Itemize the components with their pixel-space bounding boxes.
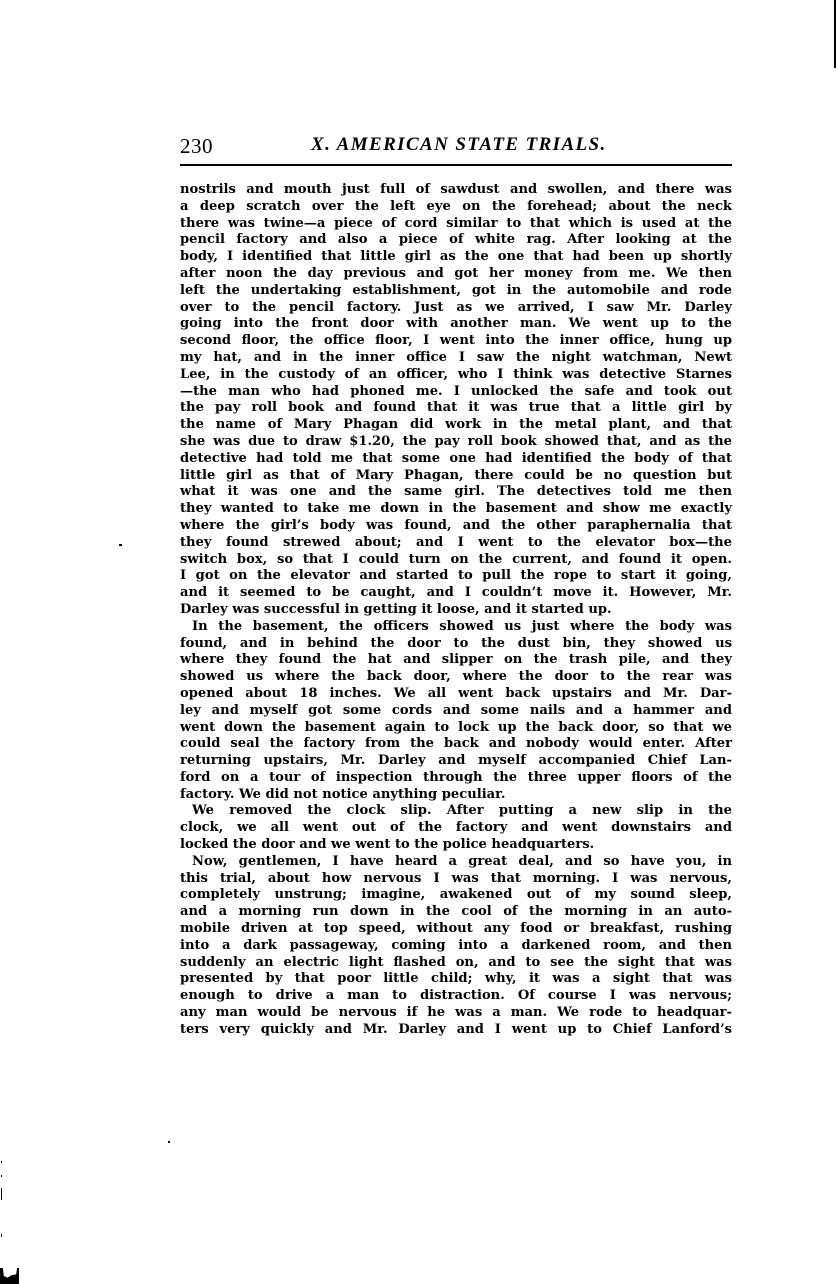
- text-line: this trial, about how nervous I was that…: [180, 871, 732, 888]
- text-line: returning upstairs, Mr. Darley and mysel…: [180, 753, 732, 770]
- text-line: and it seemed to be caught, and I couldn…: [180, 585, 732, 602]
- text-line: In the basement, the officers showed us …: [180, 619, 732, 636]
- text-line: I got on the elevator and started to pul…: [180, 568, 732, 585]
- text-line: little girl as that of Mary Phagan, ther…: [180, 468, 732, 485]
- text-line: We removed the clock slip. After putting…: [180, 803, 732, 820]
- text-line: and a morning run down in the cool of th…: [180, 904, 732, 921]
- text-line: my hat, and in the inner office I saw th…: [180, 350, 732, 367]
- text-line: suddenly an electric light flashed on, a…: [180, 955, 732, 972]
- text-line: ford on a tour of inspection through the…: [180, 770, 732, 787]
- text-line: the pay roll book and found that it was …: [180, 400, 732, 417]
- text-line: nostrils and mouth just full of sawdust …: [180, 182, 732, 199]
- text-line: —the man who had phoned me. I unlocked t…: [180, 384, 732, 401]
- text-line: completely unstrung; imagine, awakened o…: [180, 887, 732, 904]
- scan-speck: [1, 1234, 2, 1237]
- text-line: locked the door and we went to the polic…: [180, 837, 732, 854]
- text-line: opened about 18 inches. We all went back…: [180, 686, 732, 703]
- text-line: body, I identified that little girl as t…: [180, 249, 732, 266]
- text-line: they found strewed about; and I went to …: [180, 535, 732, 552]
- text-line: enough to drive a man to distraction. Of…: [180, 988, 732, 1005]
- book-page: 230 X. AMERICAN STATE TRIALS. nostrils a…: [180, 132, 732, 162]
- header-rule: [180, 164, 732, 166]
- scan-corner-mark: [0, 1268, 19, 1284]
- text-line: the name of Mary Phagan did work in the …: [180, 417, 732, 434]
- scan-speck: [1, 1175, 2, 1177]
- text-line: switch box, so that I could turn on the …: [180, 552, 732, 569]
- text-line: they wanted to take me down in the basem…: [180, 501, 732, 518]
- text-line: into a dark passageway, coming into a da…: [180, 938, 732, 955]
- text-line: there was twine—a piece of cord similar …: [180, 216, 732, 233]
- text-line: over to the pencil factory. Just as we a…: [180, 300, 732, 317]
- text-line: Lee, in the custody of an officer, who I…: [180, 367, 732, 384]
- text-line: mobile driven at top speed, without any …: [180, 921, 732, 938]
- text-line: ley and myself got some cords and some n…: [180, 703, 732, 720]
- text-line: a deep scratch over the left eye on the …: [180, 199, 732, 216]
- scan-speck: [1, 1188, 2, 1200]
- text-line: showed us where the back door, where the…: [180, 669, 732, 686]
- text-line: pencil factory and also a piece of white…: [180, 232, 732, 249]
- text-line: left the undertaking establishment, got …: [180, 283, 732, 300]
- text-line: going into the front door with another m…: [180, 316, 732, 333]
- text-line: where they found the hat and slipper on …: [180, 652, 732, 669]
- text-line: presented by that poor little child; why…: [180, 971, 732, 988]
- text-line: any man would be nervous if he was a man…: [180, 1005, 732, 1022]
- text-line: detective had told me that some one had …: [180, 451, 732, 468]
- text-line: where the girl’s body was found, and the…: [180, 518, 732, 535]
- text-line: found, and in behind the door to the dus…: [180, 636, 732, 653]
- text-line: ters very quickly and Mr. Darley and I w…: [180, 1022, 732, 1039]
- text-line: second floor, the office floor, I went i…: [180, 333, 732, 350]
- scan-speck: [168, 1141, 170, 1143]
- text-line: Now, gentlemen, I have heard a great dea…: [180, 854, 732, 871]
- scan-speck: [119, 544, 122, 546]
- scan-speck: [1, 1161, 2, 1163]
- text-line: Darley was successful in getting it loos…: [180, 602, 732, 619]
- text-line: after noon the day previous and got her …: [180, 266, 732, 283]
- page-number: 230: [180, 134, 213, 159]
- body-text: nostrils and mouth just full of sawdust …: [180, 182, 732, 1039]
- text-line: went down the basement again to lock up …: [180, 720, 732, 737]
- text-line: what it was one and the same girl. The d…: [180, 484, 732, 501]
- text-line: she was due to draw $1.20, the pay roll …: [180, 434, 732, 451]
- text-line: factory. We did not notice anything pecu…: [180, 787, 732, 804]
- text-line: could seal the factory from the back and…: [180, 736, 732, 753]
- running-title: X. AMERICAN STATE TRIALS.: [311, 134, 607, 156]
- page-header: 230 X. AMERICAN STATE TRIALS.: [180, 132, 732, 162]
- text-line: clock, we all went out of the factory an…: [180, 820, 732, 837]
